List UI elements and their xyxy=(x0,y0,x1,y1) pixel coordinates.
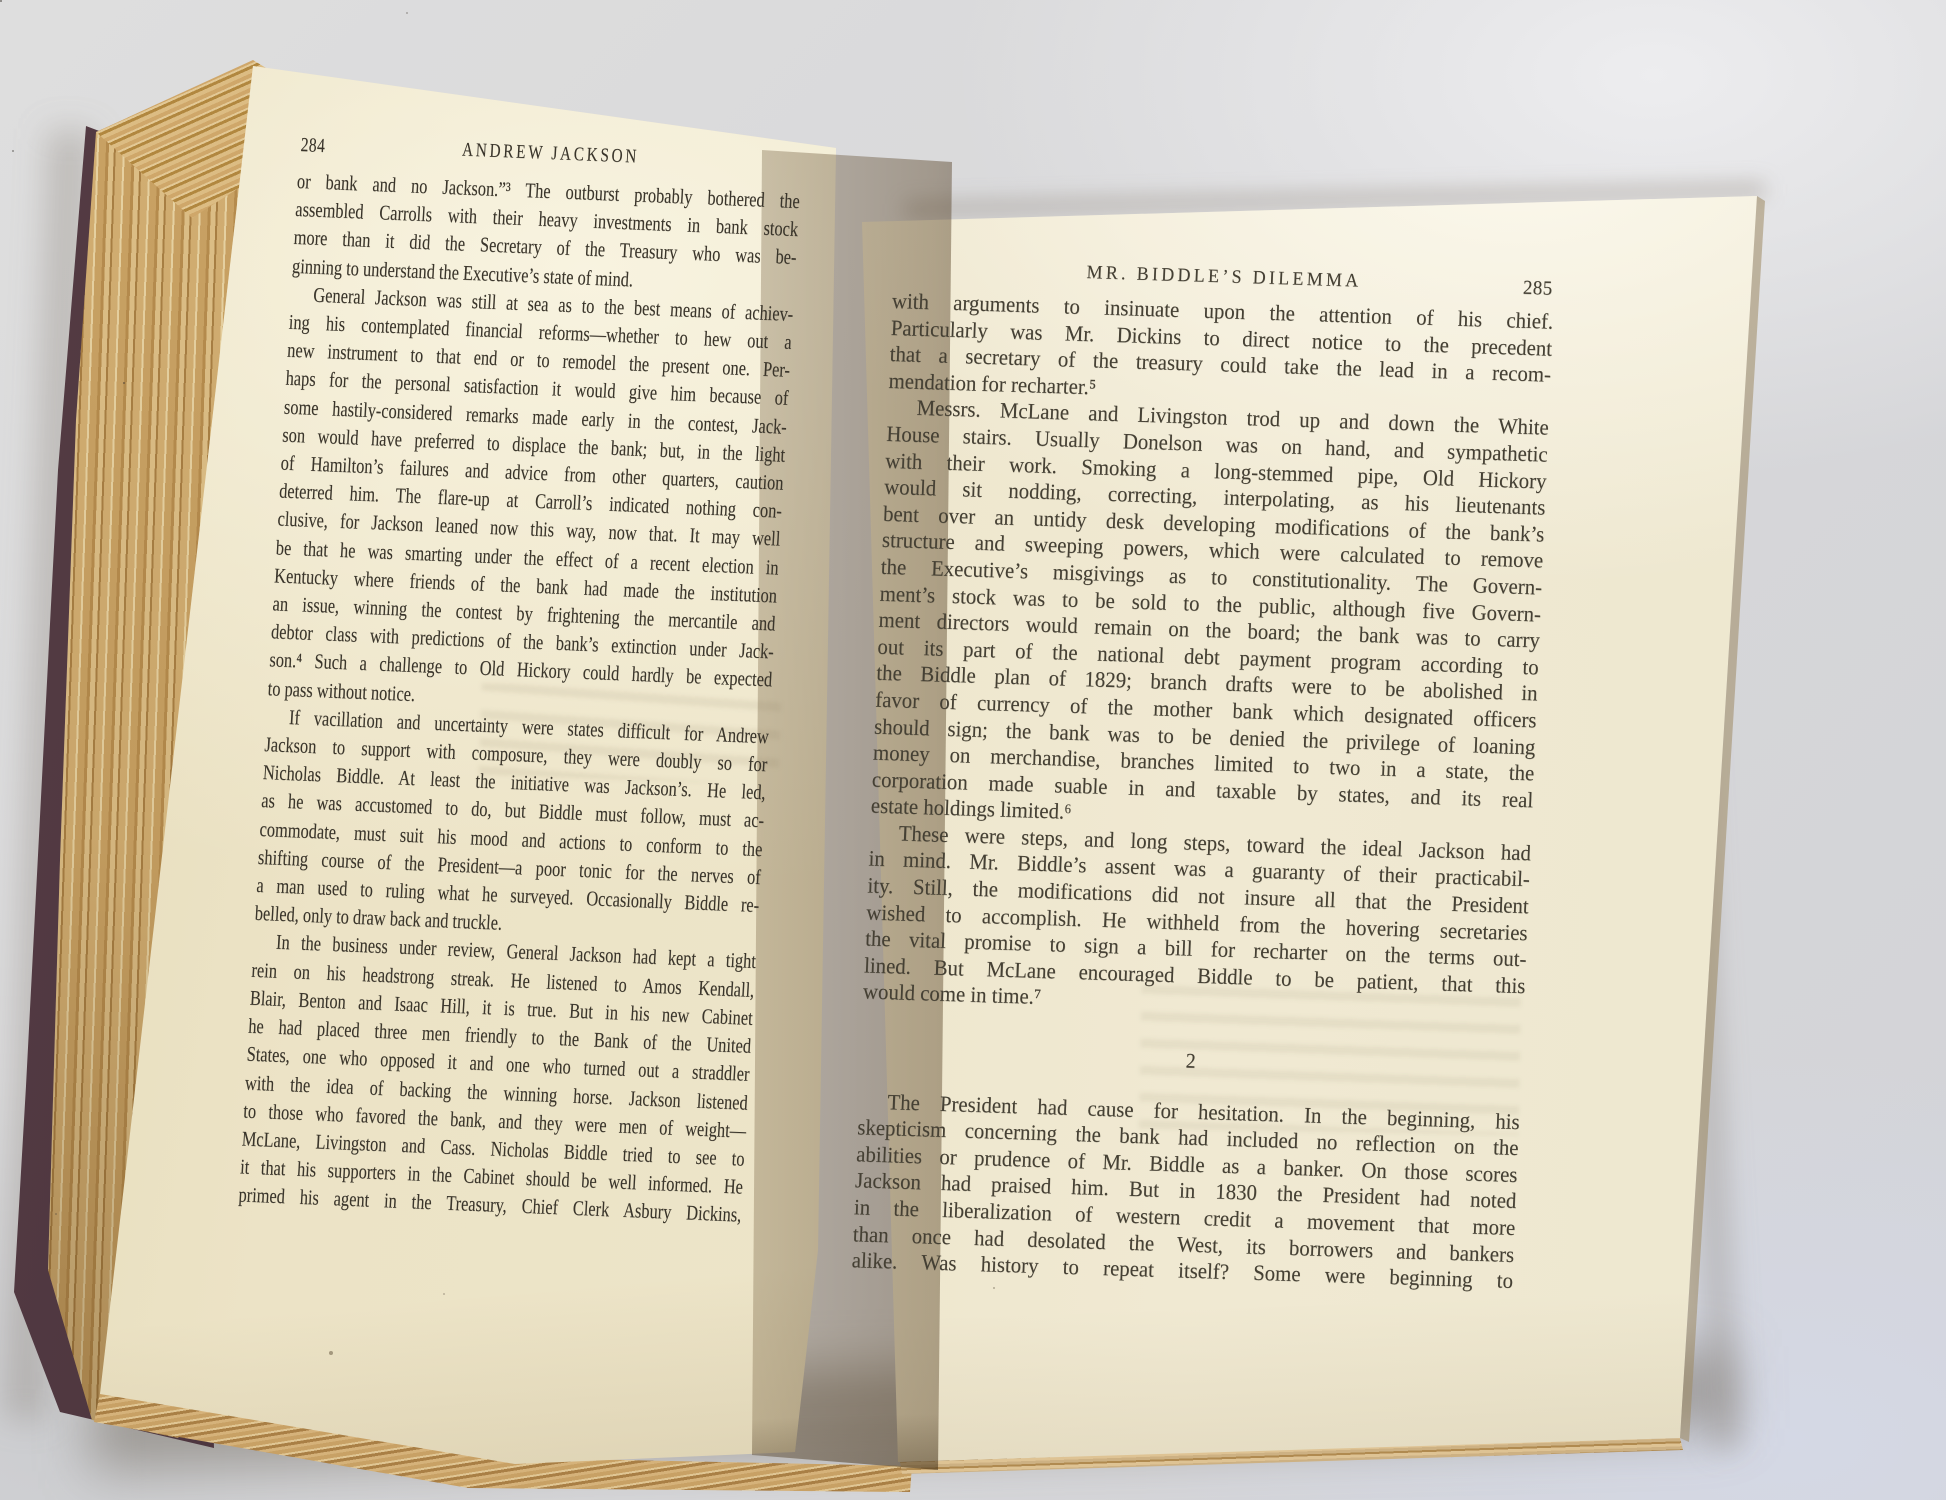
paragraph: If vacillation and uncertainty were stat… xyxy=(254,702,770,947)
section-number: 2 xyxy=(860,1037,1522,1084)
paragraph: Messrs. McLane and Livingston trod up an… xyxy=(870,394,1549,840)
left-page-body: or bank and no Jackson.”³ The outburst p… xyxy=(238,167,801,1229)
paragraph: or bank and no Jackson.”³ The outburst p… xyxy=(291,167,800,300)
photo-open-book: 284 ANDREW JACKSON or bank and no Jackso… xyxy=(0,0,1946,1500)
right-page-body: with arguments to insinuate upon the att… xyxy=(851,288,1553,1295)
paragraph: These were steps, and long steps, toward… xyxy=(863,819,1532,1026)
page-number-right: 285 xyxy=(1522,275,1553,303)
left-page-text: 284 ANDREW JACKSON or bank and no Jackso… xyxy=(238,130,803,1229)
paragraph: with arguments to insinuate upon the att… xyxy=(888,288,1554,415)
dust-specks xyxy=(0,0,2,2)
right-page-text: MR. BIDDLE’S DILEMMA 285 with arguments … xyxy=(851,254,1555,1295)
paragraph: In the business under review, General Ja… xyxy=(238,927,757,1229)
paragraph: General Jackson was still at sea as to t… xyxy=(267,280,794,723)
page-number-left: 284 xyxy=(300,131,326,160)
paragraph: The President had cause for hesitation. … xyxy=(851,1088,1520,1295)
